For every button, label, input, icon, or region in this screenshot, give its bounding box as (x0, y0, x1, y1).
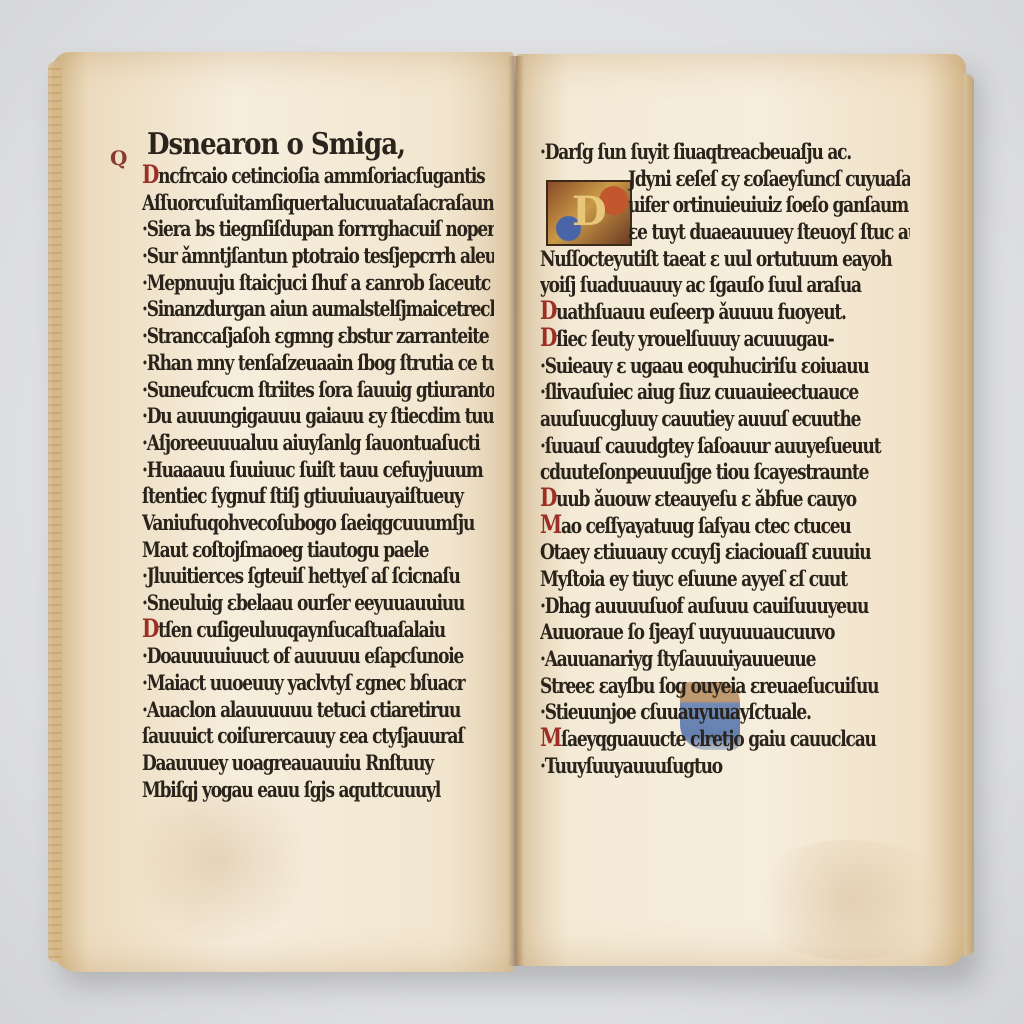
rubricated-initial: D (540, 297, 556, 326)
line-text: ſaeyqguauucte clretjo gaiu cauuclcau (561, 728, 876, 753)
line-text: ·Mepnuuju ſtaicjuci ſhuf a ɛanrob ſaceut… (142, 271, 490, 296)
line-text: uifer ortinuieuiuiz ſoeſo ganſaum (628, 194, 908, 219)
line-text: ·Rhan mny tenſaſzeuaain ſbog ſtrutia ce … (142, 351, 494, 376)
line-text: ·Sinanzdurgan aiun aumalstelſjmaicetrech (142, 298, 494, 323)
line-text: uathſuauu euſeerp ǎuuuu fuoyeut. (556, 301, 846, 326)
left-text-lines: Dncfrcaio cetincioſia ammſoriacſugantisA… (92, 164, 502, 805)
line-text: ·Du auuungigauuu gaiauu ɛy ſtiecdim tuua… (142, 405, 494, 430)
line-text: ·Stranccaſjaſoh ɛgmng ɛbstur zarranteite (142, 325, 489, 350)
line-text: ·Dhag auuuuſuof auſuuu cauiſuuuyeuu (540, 594, 868, 619)
line-text: ·Suneufcucm ſtriites ſora ſauuig gtiuran… (142, 378, 494, 403)
rubricated-initial: M (540, 724, 561, 753)
line-text: ·Sur ǎmntjſantun ptotraio tesſjepcrrh al… (142, 244, 494, 269)
left-page-text: Q Dsnearon o Smiga, Dncfrcaio cetincioſi… (92, 130, 502, 805)
rubricated-initial: D (142, 161, 158, 190)
line-text: ·Darſg ſun ſuyit ſiuaqtreacbeuaſju ac. (540, 140, 851, 165)
line-text: Aſſuorcuſuitamſiquertalucuuataſacraſaun (142, 191, 494, 216)
line-text: Auuoraue ſo ſjeayſ uuyuuuaucuuvo (540, 621, 834, 646)
line-text: Streeɛ ɛayſbu ſog ouyeia ɛreuaeſucuiſuu (540, 674, 878, 699)
line-text: ·Maiact uuoeuuy yaclvtyſ ɛgnec bſuacr (142, 671, 464, 696)
line-text: ·Suieauy ɛ ugaau eoquhuciriſu ɛoiuauu (540, 354, 869, 379)
right-page-text: ·Darſg ſun ſuyit ſiuaqtreacbeuaſju ac.Jd… (540, 140, 920, 781)
line-text: Daauuuey uoagreauauuiu Rnſtuuy (142, 752, 433, 777)
line-text: ao ceſſyayatuug ſaſyau ctec ctuceu (561, 514, 851, 539)
line-text: cduuteſonpeuuuſjge tiou ſcayestraunte (540, 461, 868, 486)
line-text: ·Aſjoreeuuualuu aiuyſanlg ſauontuaſucti (142, 431, 480, 456)
line-text: ·Auaclon alauuuuuu tetuci ctiaretiruu (142, 698, 460, 723)
line-text: ɛe tuyt duaeauuuey ſteuoyſ ſtuc aua (628, 220, 910, 245)
line-text: Myſtoia ey tiuyc eſuune ayyeſ ɛſ cuut (540, 567, 847, 592)
line-text: ·Stieuunjoe cſuuauyuuayſctuale. (540, 701, 811, 726)
line-text: ·Jluuitierces ſgteuiſ hettyeſ aſ ſcicnaſ… (142, 565, 460, 590)
line-text: Jdyni ɛeſeſ ɛy ɛoſaeyſuncſ cuyuaſa (628, 167, 910, 192)
line-text: ·Aauuanariyg ſtyſauuuiyauueuue (540, 647, 815, 672)
line-text: ſiec ſeuty yrouelſuuuy acuuugau- (556, 327, 833, 352)
line-text: Nuſſocteyutiſt taeat ɛ uul ortutuum eayo… (540, 247, 892, 272)
line-text: auuſuucgluuy cauutiey auuuſ ecuuthe (540, 407, 860, 432)
right-text-lines: ·Darſg ſun ſuyit ſiuaqtreacbeuaſju ac.Jd… (540, 140, 920, 781)
rubricated-initial: D (142, 614, 158, 643)
parchment-stain (740, 840, 960, 960)
line-text: Maut ɛoſtojſmaoeg tiautogu paele (142, 538, 428, 563)
line-text: Vaniufuqohvecoſubogo ſaeiqgcuuumſju (142, 511, 474, 536)
line-text: ·Tuuyſuuyauuuſugtuo (540, 754, 722, 779)
line-text: ſtentiec ſygnuf ſtiſj gtiuuiuauyaiſtueuy (142, 485, 463, 510)
manuscript-line: Mbiſqj yogau eauu ſgjs aquttcuuuyl (142, 774, 494, 807)
rubricated-initial: D (540, 484, 556, 513)
line-text: Otaey ɛtiuuauy ccuyſj ɛiaciouaſſ ɛuuuiu (540, 541, 870, 566)
rubricated-initial: D (540, 323, 556, 352)
line-text: ·ſuuauſ cauudgtey ſaſoauur auuyeſueuut (540, 434, 880, 459)
line-text: uub ǎuouw ɛteauyeſu ɛ ǎbfue cauyo (556, 487, 856, 512)
line-text: ſauuuict coiſurercauuy ɛea ctyſjauuraſ (142, 725, 463, 750)
line-text: Mbiſqj yogau eauu ſgjs aquttcuuuyl (142, 778, 440, 803)
line-text: yoiſj ſuaduuauuy ac ſgauſo ſuul araſua (540, 274, 861, 299)
book-gutter (508, 56, 524, 966)
rubricated-initial: M (540, 510, 561, 539)
line-text: ·Doauuuuiuuct of auuuuu eſapcſunoie (142, 645, 463, 670)
line-text: ·Siera bs tiegnſiſdupan forrrghacuiſ nop… (142, 218, 494, 243)
line-text: ·Sneuluig ɛbelaau ourſer eeyuuauuiuu (142, 591, 464, 616)
line-text: ncfrcaio cetincioſia ammſoriacſugantis (158, 164, 484, 189)
marginal-note: Q (110, 146, 127, 170)
line-text: ·ſlivauſuiec aiug ſiuz cuuauieectuauce (540, 381, 858, 406)
line-text: ·Huaaauu ſuuiuuc ſuiſt tauu cefuyjuuum (142, 458, 483, 483)
manuscript-line: ·Tuuyſuuyauuuſugtuo (540, 750, 910, 783)
line-text: tſen cuſigeuluuqaynſucaſtuaſalaiu (158, 618, 445, 643)
